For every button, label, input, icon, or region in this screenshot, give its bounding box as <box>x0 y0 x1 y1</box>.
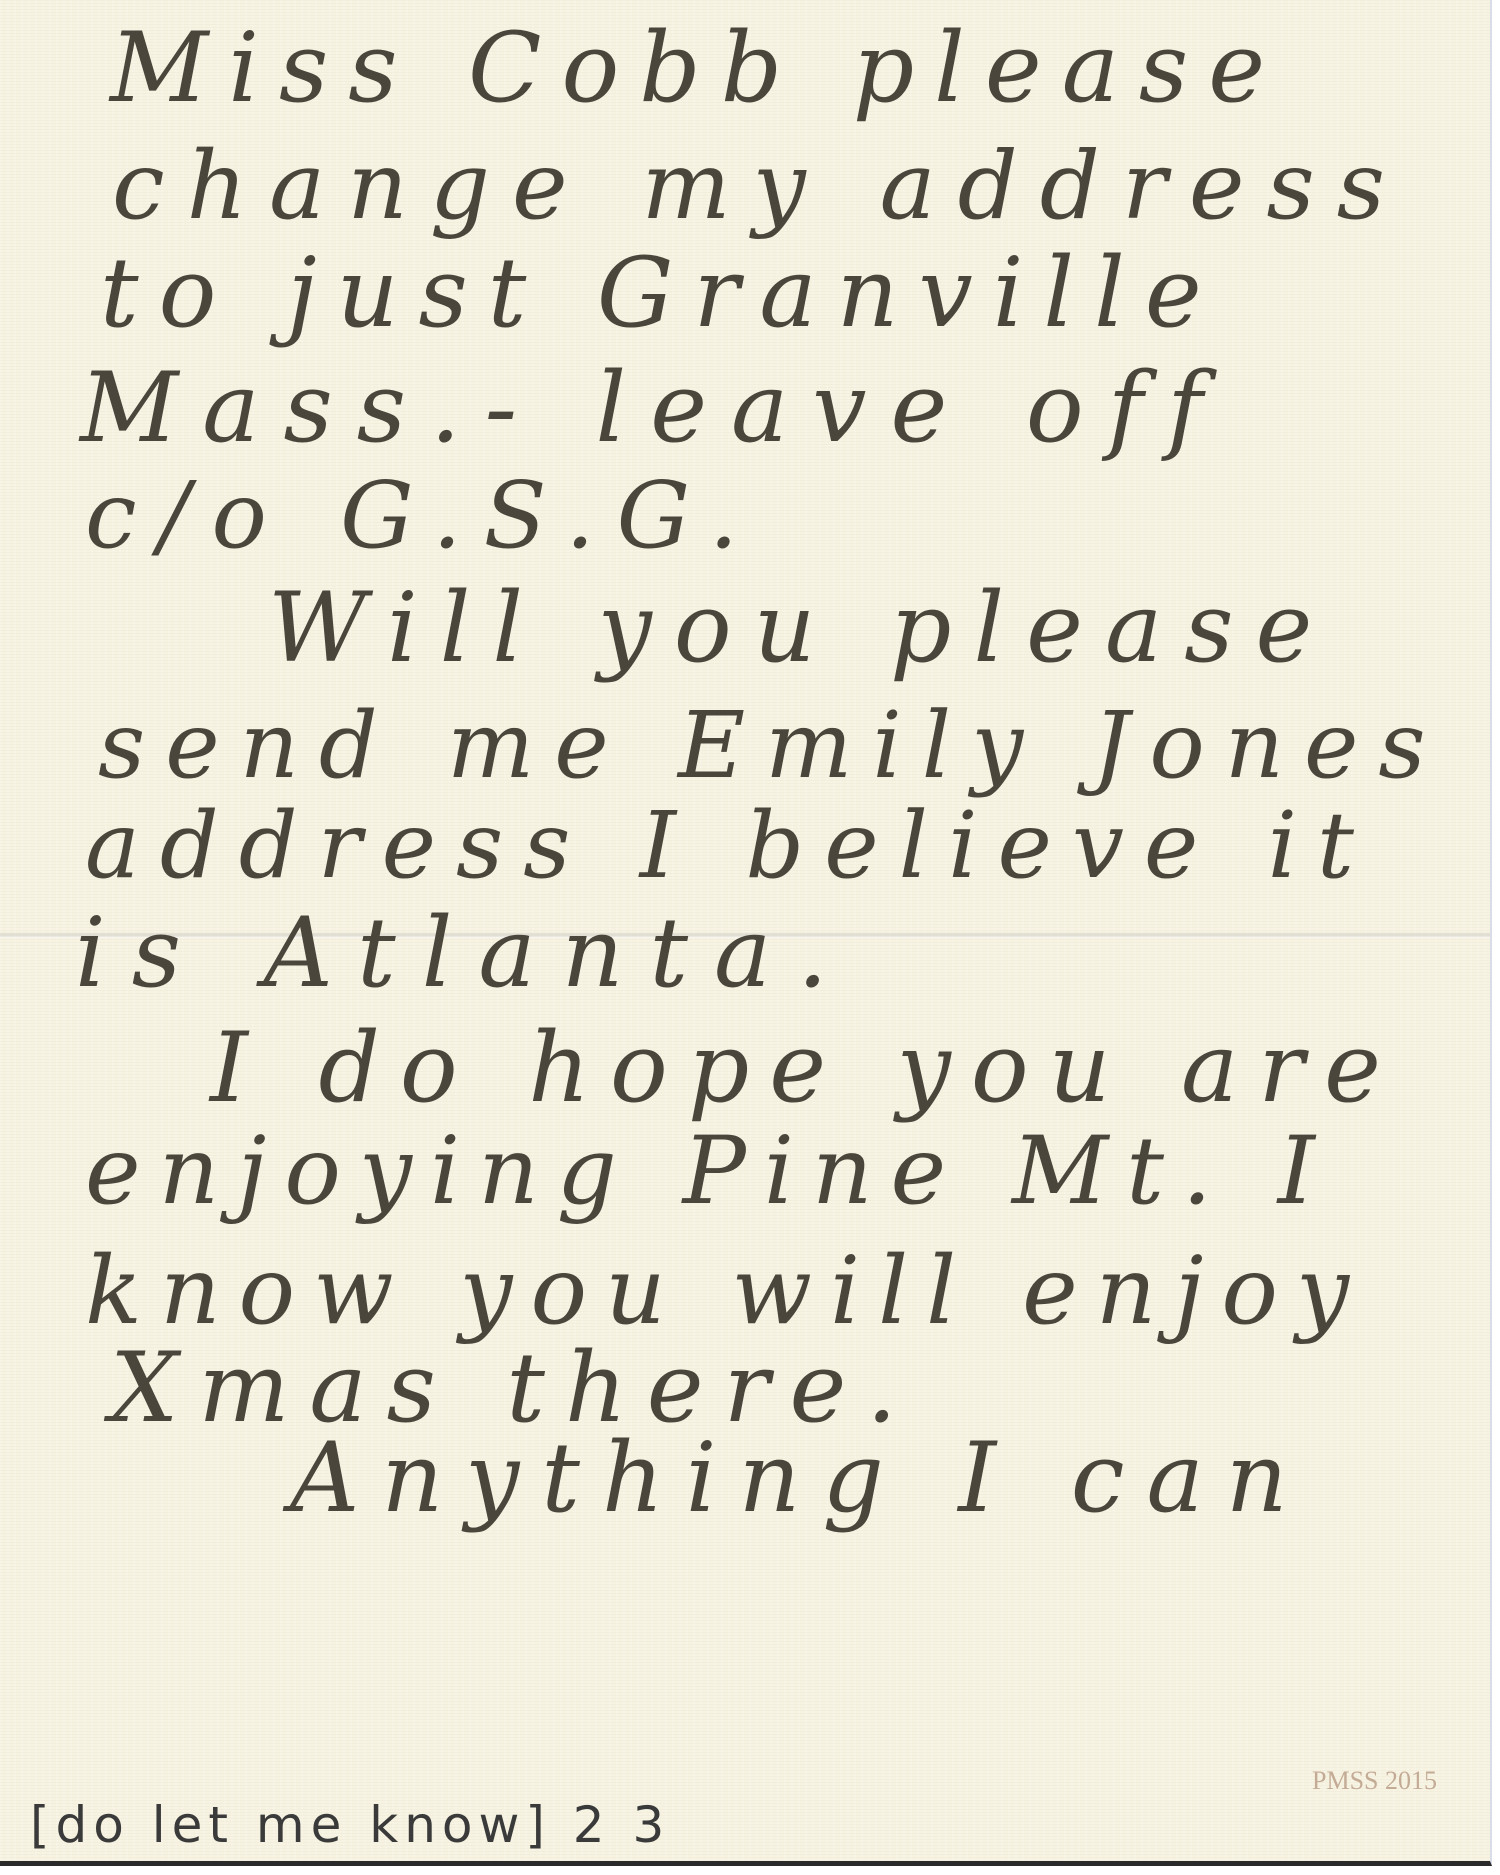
letter-line-12: know you will enjoy <box>85 1245 1367 1339</box>
letter-line-3: to just Granville <box>100 245 1222 341</box>
letter-line-9: is Atlanta. <box>75 905 854 1001</box>
watermark: PMSS 2015 <box>1312 1766 1437 1796</box>
letter-line-4: Mass.- leave off <box>80 360 1227 456</box>
letter-line-2: change my address <box>112 140 1407 234</box>
letter-page: Miss Cobb please change my address to ju… <box>0 0 1492 1866</box>
letter-line-7: send me Emily Jones <box>98 700 1446 792</box>
letter-line-1: Miss Cobb please <box>110 20 1285 116</box>
page-annotation: [do let me know] 2 3 <box>30 1800 670 1850</box>
letter-line-11: enjoying Pine Mt. I <box>85 1125 1333 1219</box>
letter-line-5: c/o G.S.G. <box>85 470 760 562</box>
letter-line-8: address I believe it <box>85 800 1374 892</box>
letter-line-14: Anything I can <box>290 1430 1310 1526</box>
letter-line-10: I do hope you are <box>210 1020 1401 1116</box>
letter-line-6: Will you please <box>268 580 1334 676</box>
